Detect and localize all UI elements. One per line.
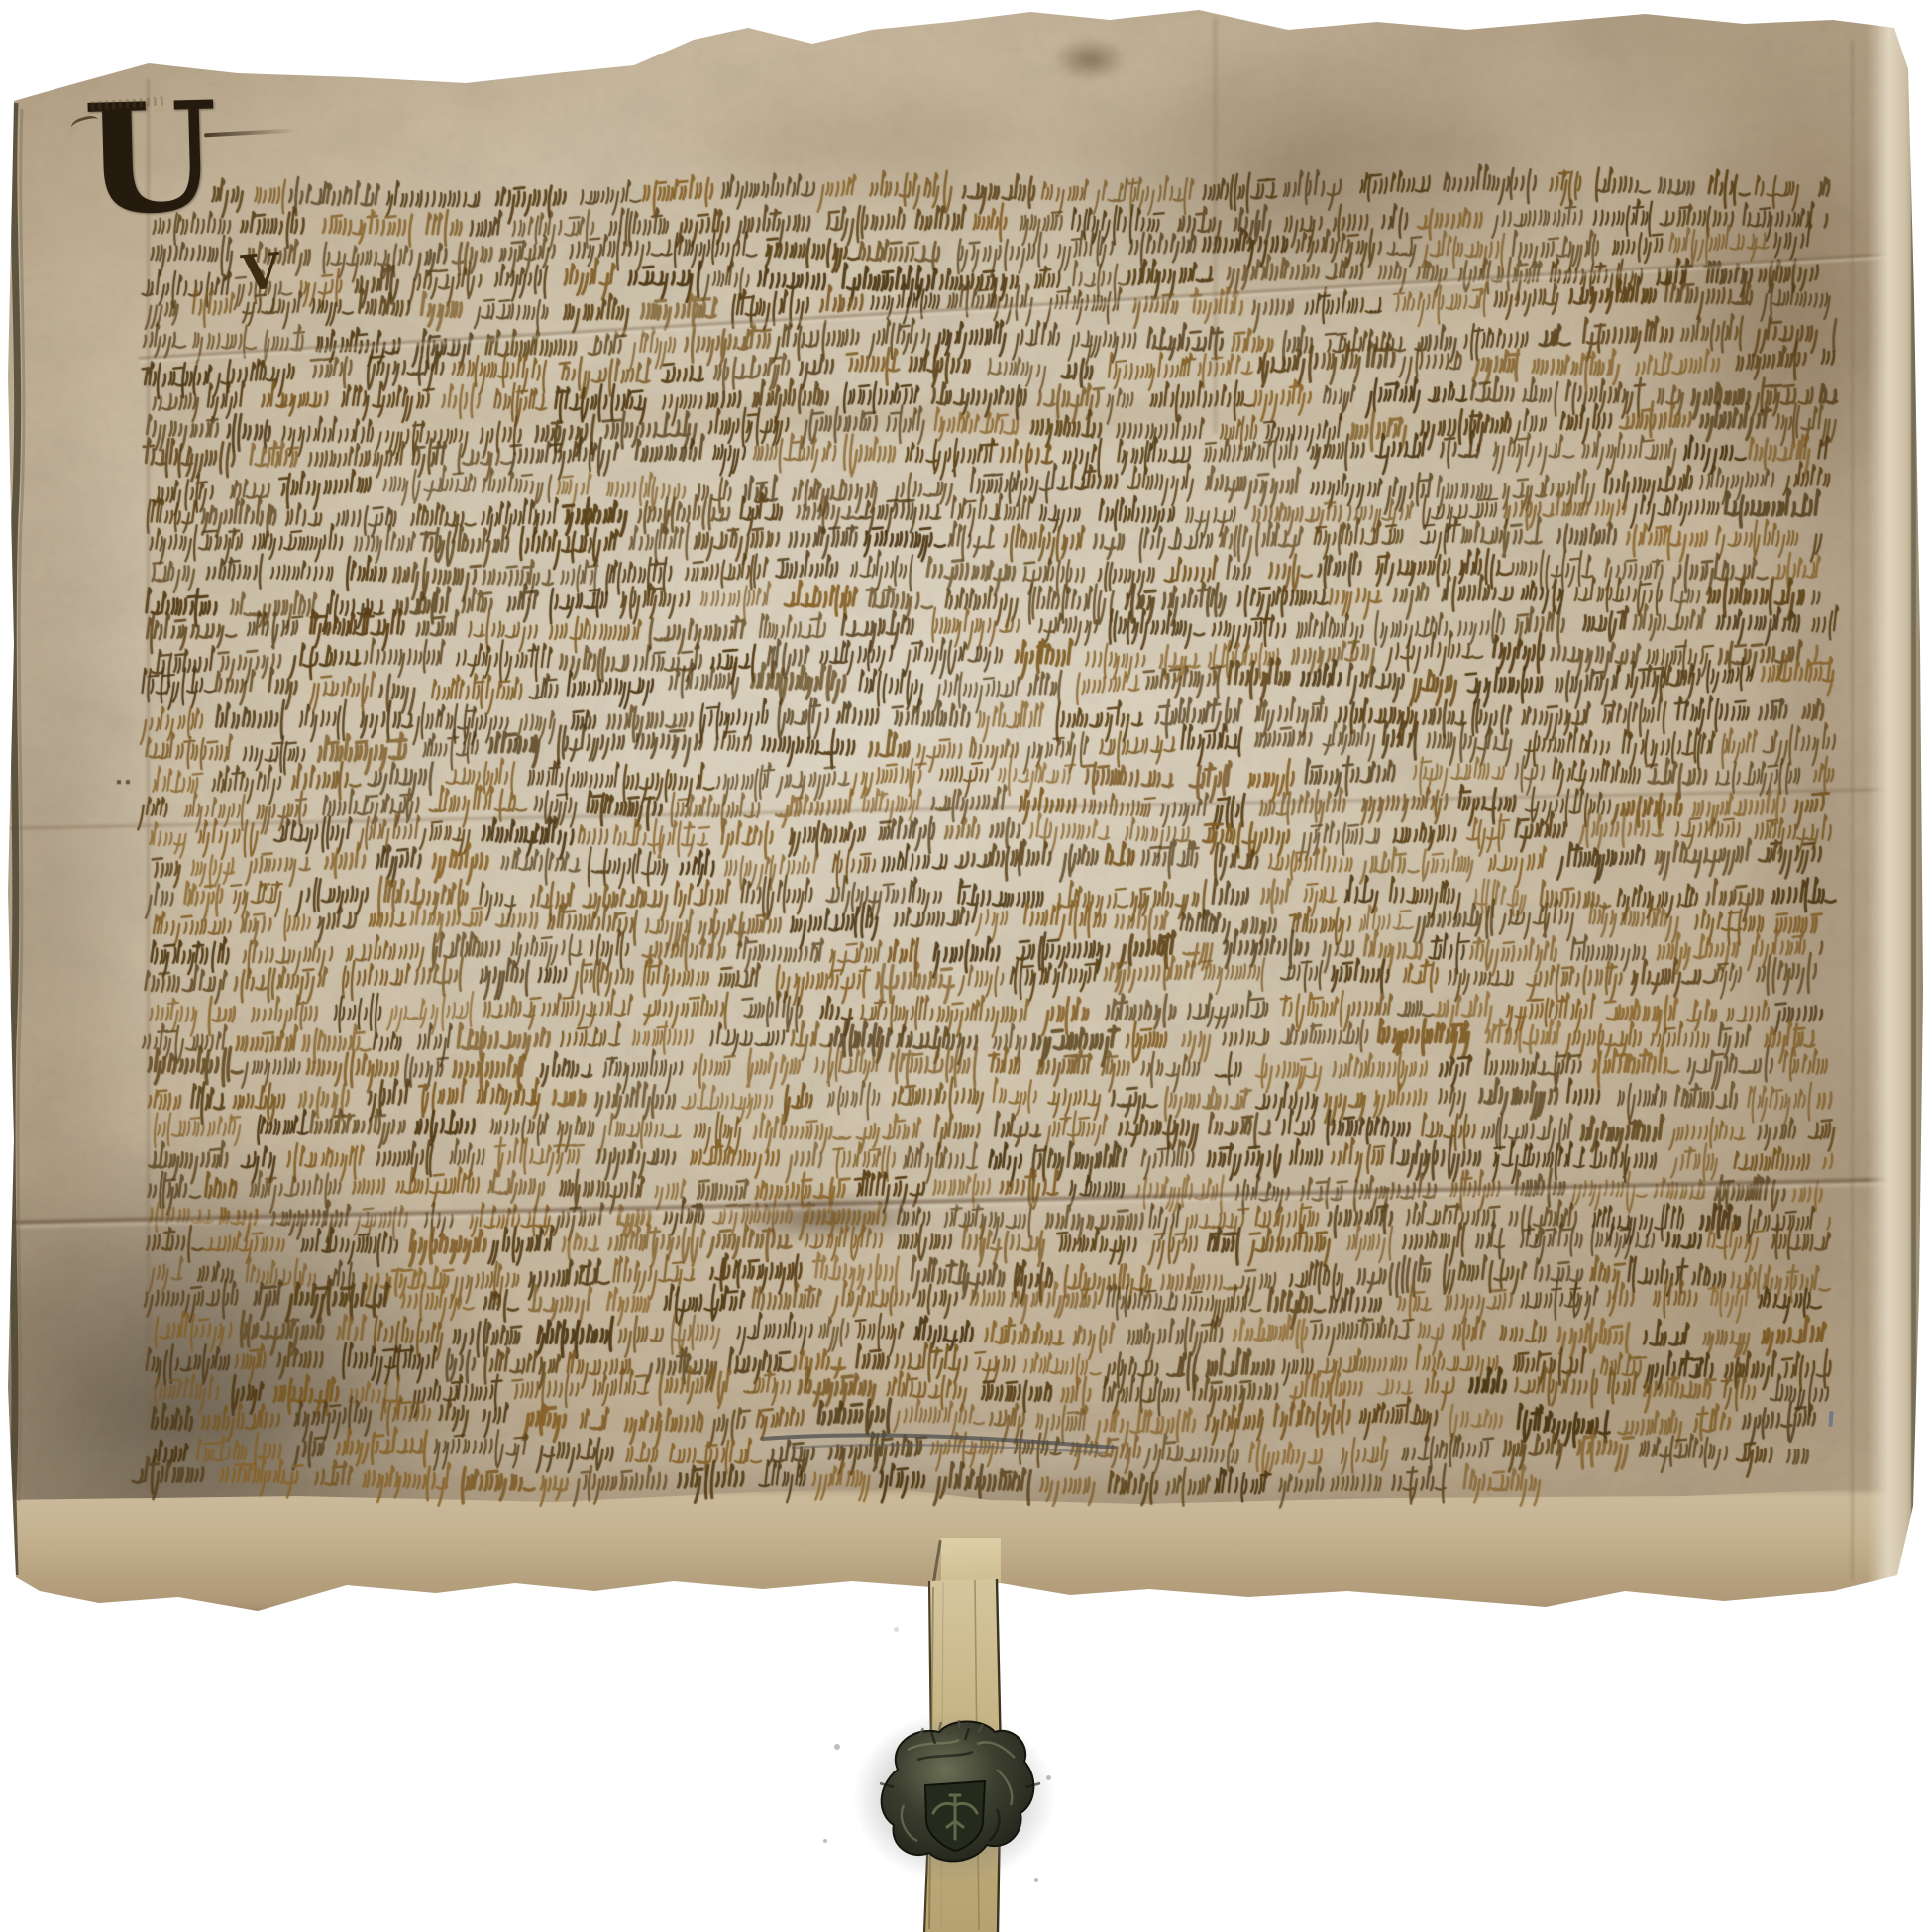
dust-speck (834, 1744, 840, 1750)
photo-scene: U V (0, 0, 1932, 1932)
wax-seal (848, 1710, 1060, 1886)
right-edge-dark-line (1911, 40, 1916, 1570)
dust-speck (823, 1839, 827, 1843)
secondary-initial-letter: V (240, 246, 282, 298)
dust-speck (894, 1627, 899, 1632)
dust-speck (1034, 1878, 1038, 1882)
dust-speck (1046, 1775, 1051, 1780)
